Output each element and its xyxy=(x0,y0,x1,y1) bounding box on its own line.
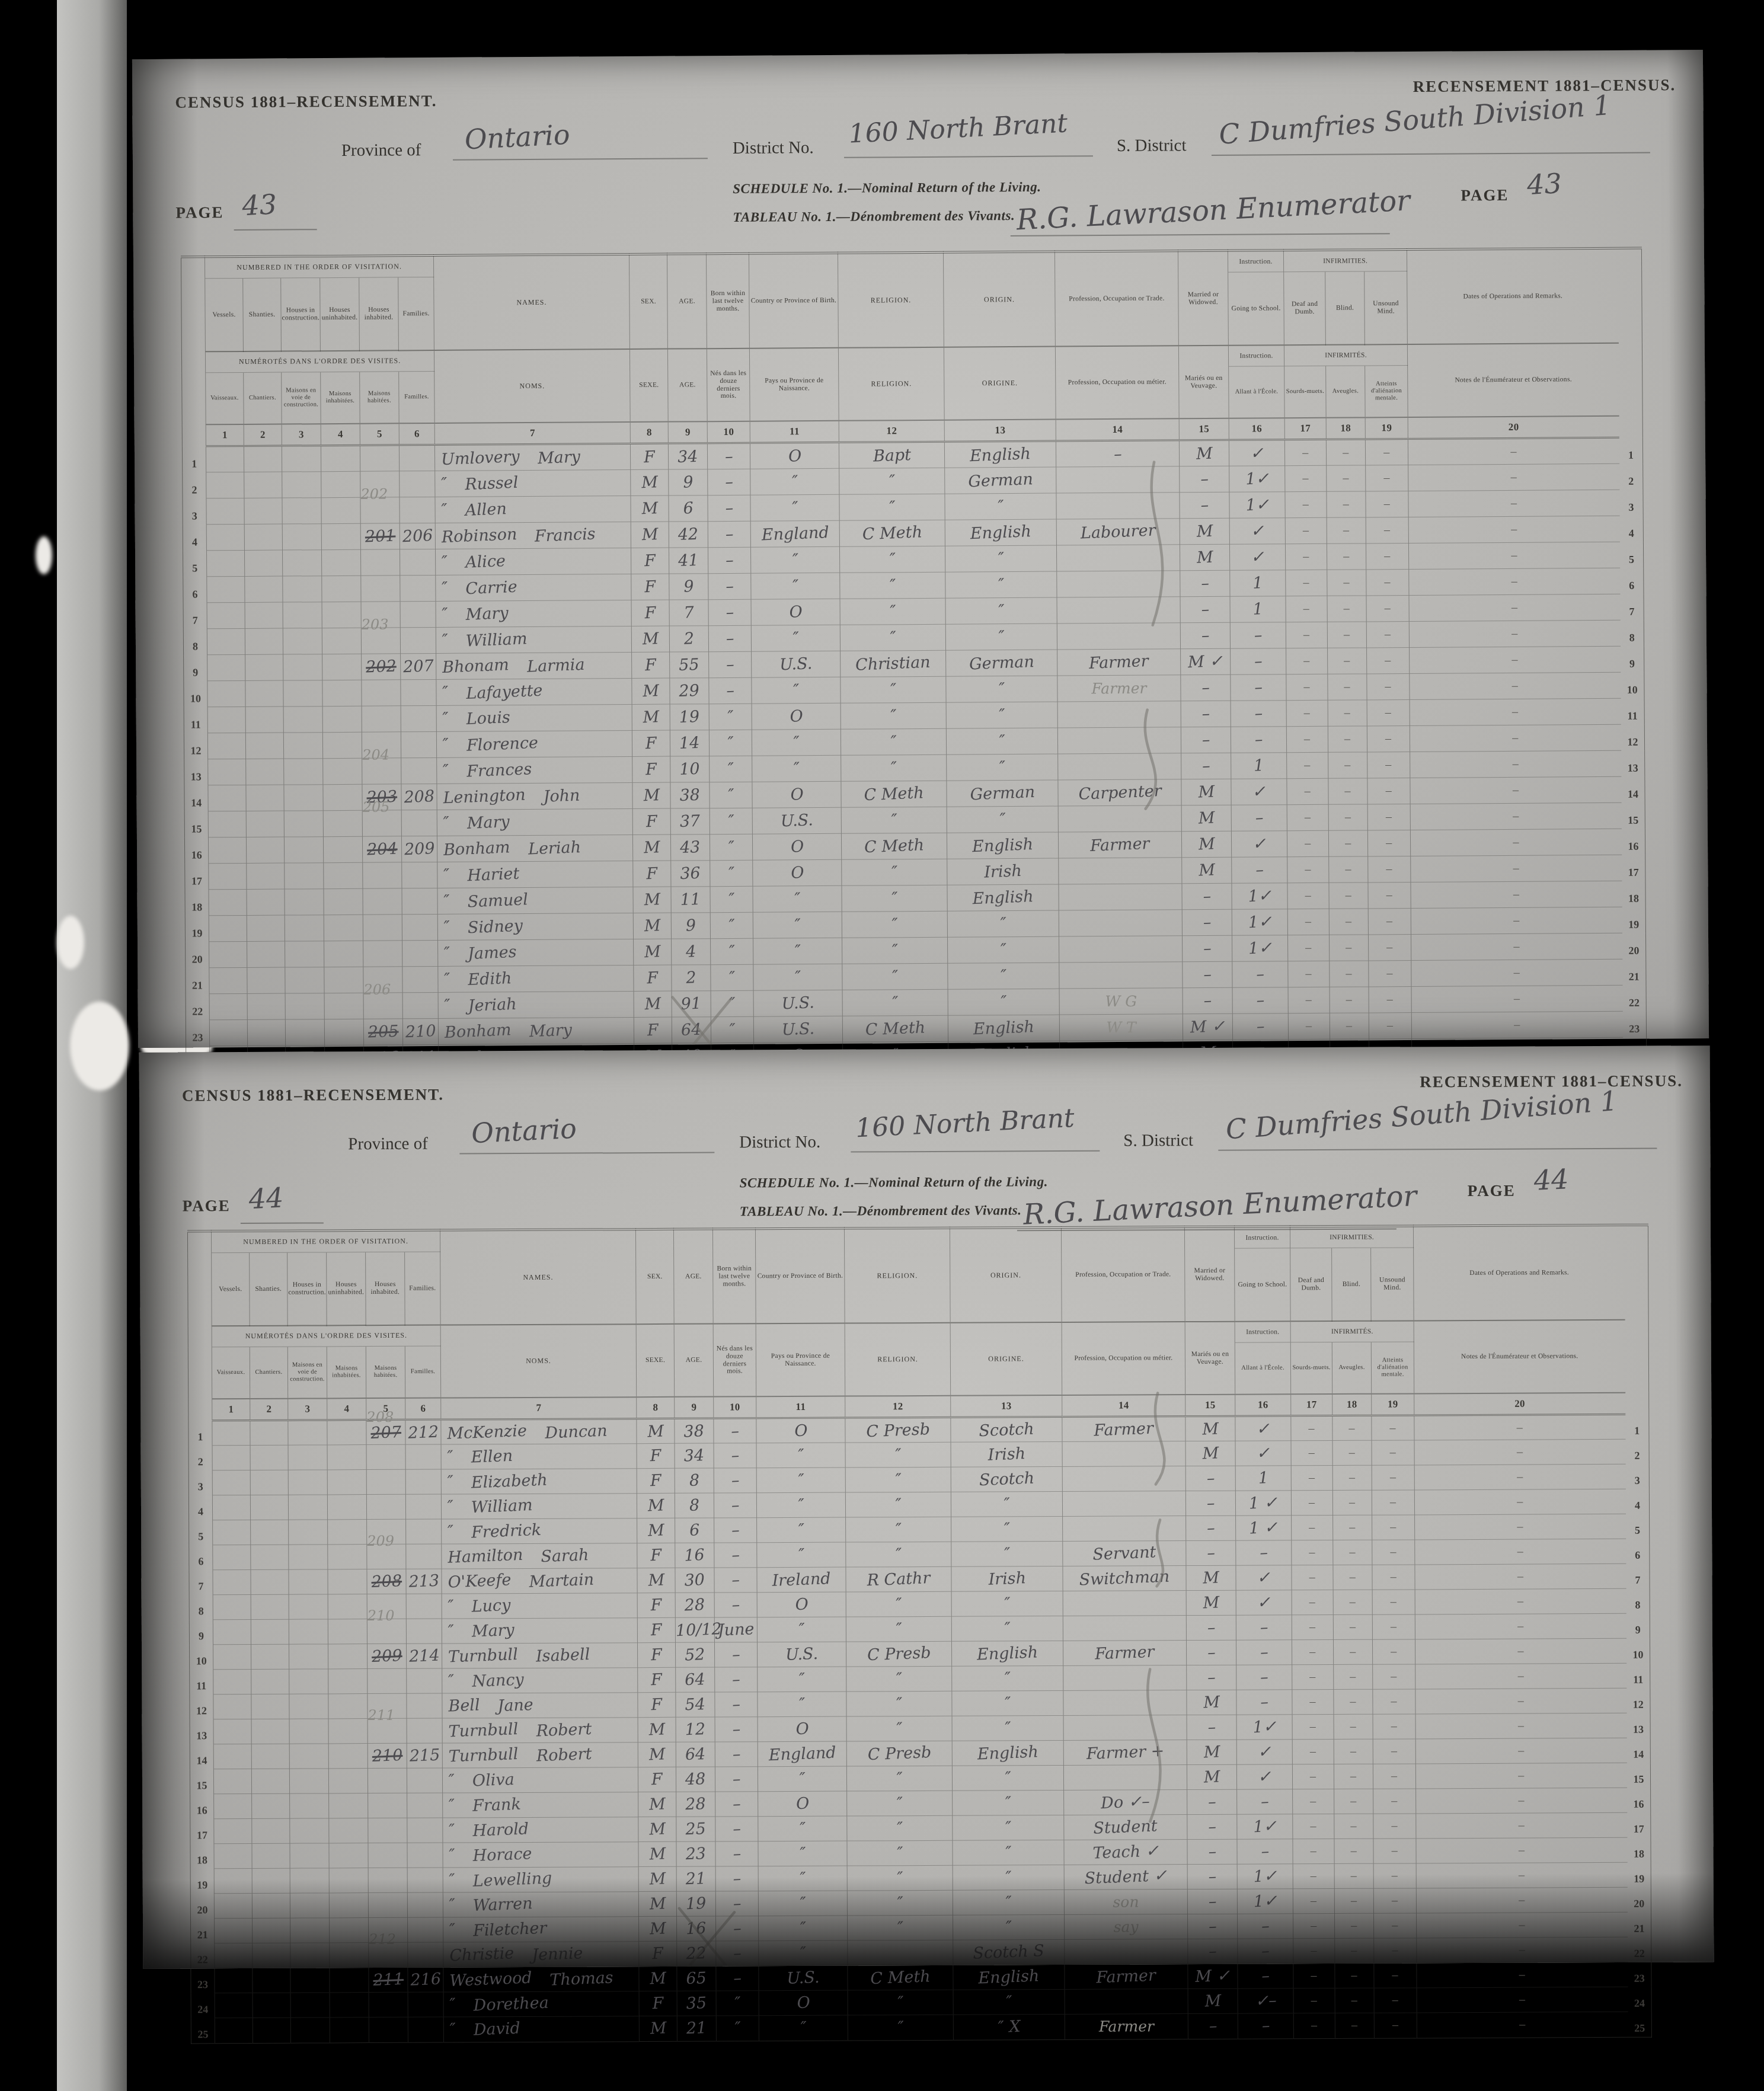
cell-unsound: – xyxy=(1367,725,1410,752)
line-number-left: 16 xyxy=(190,1794,214,1819)
cell-vessels xyxy=(208,837,246,863)
cell-school: – xyxy=(1232,1013,1288,1040)
cell-birthplace: ″ xyxy=(751,625,840,651)
cell-name: ″Sidney xyxy=(437,913,633,940)
cell-age: 9 xyxy=(669,574,708,600)
cell-age: 65 xyxy=(677,1966,716,1991)
group-instruction-en: Instruction. xyxy=(1228,250,1284,272)
sub-header-fr-1: Vaisseaux. xyxy=(206,372,244,424)
cell-deaf: – xyxy=(1285,491,1327,517)
cell-house-number: 209 xyxy=(367,1644,406,1668)
cell-unsound: – xyxy=(1367,830,1410,856)
cell-deaf: – xyxy=(1286,700,1328,726)
cell-occupation xyxy=(1062,1491,1185,1517)
cell-unsound: – xyxy=(1367,673,1410,699)
cell-name: ″Oliva xyxy=(442,1767,638,1793)
cell-married: – xyxy=(1187,1715,1236,1740)
cell-shanties xyxy=(250,1470,288,1495)
cell-religion: ″ xyxy=(845,1492,951,1517)
col-header-profession-en: Profession, Occupation or Trade. xyxy=(1055,251,1179,346)
cell-married: M xyxy=(1185,1416,1235,1441)
cell-birthplace: O xyxy=(752,703,841,730)
cell-shanties xyxy=(251,1769,289,1793)
col-header-age-fr: AGE. xyxy=(668,348,708,421)
col-header-age-en: AGE. xyxy=(667,254,707,348)
cell-deaf: – xyxy=(1288,987,1330,1013)
cell-born-within-year: – xyxy=(715,1817,758,1841)
cell-houses-uninhabited xyxy=(321,549,360,575)
cell-unsound: – xyxy=(1367,804,1410,830)
cell-family-number xyxy=(406,1544,442,1569)
cell-houses-constructing xyxy=(290,1843,329,1868)
col-header-unsound-en: Unsound Mind. xyxy=(1364,271,1408,344)
scan-shadow xyxy=(143,1873,1714,1969)
col-header-deaf-fr: Sourds-muets. xyxy=(1284,366,1327,418)
column-number-12: 12 xyxy=(845,1396,951,1418)
cell-occupation: Farmer xyxy=(1065,1964,1188,1990)
cell-remarks: – xyxy=(1411,855,1622,882)
schedule-title-en: SCHEDULE No. 1.—Nominal Return of the Li… xyxy=(740,1174,1048,1191)
cell-sex: M xyxy=(638,1817,676,1841)
cell-married: – xyxy=(1180,466,1229,493)
cell-remarks: – xyxy=(1410,672,1621,699)
col-header-origin-en: ORIGIN. xyxy=(950,1227,1062,1323)
cell-sex: F xyxy=(632,730,670,756)
cell-married: – xyxy=(1181,674,1231,701)
cell-sex: F xyxy=(637,1543,675,1568)
line-number-right: 9 xyxy=(1621,646,1644,672)
line-number-right: 8 xyxy=(1626,1588,1650,1613)
cell-origin: ″ xyxy=(946,702,1057,728)
cell-blind: – xyxy=(1333,1515,1372,1540)
film-splice-blob xyxy=(36,536,52,574)
cell-married: – xyxy=(1187,1640,1236,1665)
cell-house-number: 208207 xyxy=(366,1419,405,1444)
cell-school: – xyxy=(1238,2013,1293,2039)
cell-family-number xyxy=(400,471,435,497)
cell-origin: ″ xyxy=(945,545,1057,572)
column-number-18: 18 xyxy=(1326,417,1365,439)
cell-unsound: – xyxy=(1366,543,1409,569)
cell-houses-uninhabited xyxy=(328,1545,367,1569)
cell-house-number xyxy=(367,1768,407,1793)
cell-school: 1✓ xyxy=(1236,1715,1292,1740)
cell-occupation xyxy=(1063,1665,1187,1691)
enumerator-signature: R.G. Lawrason Enumerator xyxy=(1022,1179,1418,1232)
cell-school: – xyxy=(1232,961,1288,988)
column-number-14: 14 xyxy=(1062,1395,1185,1417)
cell-blind: – xyxy=(1330,1013,1369,1039)
cell-remarks: – xyxy=(1414,1489,1625,1515)
cell-born-within-year: ″ xyxy=(709,730,752,756)
cell-family-number xyxy=(406,1619,442,1644)
cell-origin: English xyxy=(947,884,1059,911)
cell-name: ″Fredrick xyxy=(442,1518,637,1544)
cell-occupation xyxy=(1059,910,1182,936)
cell-married: – xyxy=(1186,1540,1236,1565)
cell-age: 2 xyxy=(672,965,711,991)
cell-occupation: Farmer xyxy=(1063,1641,1187,1666)
cell-origin: ″ xyxy=(947,806,1058,833)
cell-birthplace: ″ xyxy=(751,546,840,573)
line-number-left: 14 xyxy=(190,1744,213,1769)
cell-shanties xyxy=(244,446,282,472)
cell-religion: C Meth xyxy=(841,781,947,807)
census-page-43: CENSUS 1881–RECENSEMENT. RECENSEMENT 188… xyxy=(132,50,1709,1048)
cell-school: 1 xyxy=(1231,753,1287,779)
cell-shanties xyxy=(244,524,282,550)
group-instruction-fr: Instruction. xyxy=(1235,1321,1290,1342)
cell-houses-constructing xyxy=(284,785,323,811)
sub-header-fr-6: Familles. xyxy=(405,1346,440,1398)
cell-shanties xyxy=(245,733,283,759)
cell-houses-uninhabited xyxy=(322,602,361,628)
cell-blind: – xyxy=(1333,1540,1372,1565)
cell-blind: – xyxy=(1328,752,1367,778)
cell-blind: – xyxy=(1327,570,1366,596)
rule xyxy=(453,158,708,161)
line-number-right: 22 xyxy=(1622,985,1646,1011)
cell-houses-uninhabited xyxy=(328,1569,367,1594)
cell-occupation: Switchman xyxy=(1063,1566,1186,1591)
cell-family-number: 213 xyxy=(406,1569,442,1594)
cell-houses-constructing xyxy=(289,1594,328,1619)
cell-born-within-year: – xyxy=(715,1767,758,1792)
cell-name: ″Jeriah xyxy=(438,991,634,1018)
cell-blind: – xyxy=(1334,1714,1373,1739)
cell-name: ″Frances xyxy=(437,756,632,784)
cell-school: – xyxy=(1236,1615,1292,1640)
cell-vessels xyxy=(209,863,247,889)
cell-age: 28 xyxy=(675,1593,714,1617)
cell-blind: – xyxy=(1328,804,1367,830)
cell-unsound: – xyxy=(1373,1739,1415,1764)
cell-shanties xyxy=(250,1420,288,1445)
cell-school: 1✓ xyxy=(1232,935,1288,962)
sub-header-en-4: Houses uninhabited. xyxy=(327,1252,366,1326)
cell-age: 12 xyxy=(676,1717,715,1742)
cell-unsound: – xyxy=(1372,1440,1414,1465)
cell-married: – xyxy=(1181,701,1231,727)
cell-married: M xyxy=(1181,805,1231,832)
cell-occupation xyxy=(1056,493,1180,519)
cell-houses-uninhabited xyxy=(322,680,362,706)
cell-family-number xyxy=(401,757,437,784)
line-number-left: 8 xyxy=(189,1595,213,1620)
cell-married: M xyxy=(1187,1740,1236,1764)
cell-occupation: – xyxy=(1056,440,1179,467)
cell-unsound: – xyxy=(1373,1714,1415,1739)
cell-house-number: 204 xyxy=(362,836,401,862)
cell-deaf: – xyxy=(1292,1764,1334,1789)
cell-house-number xyxy=(366,1444,405,1469)
cell-remarks: – xyxy=(1417,1962,1628,1988)
cell-vessels xyxy=(208,785,246,811)
cell-shanties xyxy=(251,1719,289,1744)
cell-married: – xyxy=(1180,570,1230,597)
cell-married: M xyxy=(1180,544,1230,571)
cell-birthplace: O xyxy=(753,833,842,860)
cell-houses-uninhabited xyxy=(322,575,361,602)
cell-deaf: – xyxy=(1291,1491,1332,1516)
cell-house-number: 205 xyxy=(362,810,401,836)
cell-unsound: – xyxy=(1374,1988,1417,2013)
cell-deaf: – xyxy=(1287,856,1329,883)
rule xyxy=(1212,152,1650,156)
cell-origin: ″ xyxy=(953,1989,1065,2015)
cell-houses-constructing xyxy=(289,1619,328,1644)
cell-name: ″Florence xyxy=(436,730,632,757)
cell-sex: M xyxy=(632,678,670,704)
column-number-11: 11 xyxy=(750,421,839,443)
cell-age: 21 xyxy=(677,2016,716,2041)
cell-religion: ″ xyxy=(848,2015,953,2040)
cell-school: – xyxy=(1236,1690,1292,1715)
cell-religion: ″ xyxy=(845,1442,951,1467)
col-header-blind-fr: Aveugles. xyxy=(1326,366,1366,418)
cell-age: 34 xyxy=(668,443,707,469)
rule xyxy=(241,1222,324,1224)
cell-house-number xyxy=(362,706,401,732)
cell-houses-uninhabited xyxy=(328,1694,367,1719)
cell-deaf: – xyxy=(1293,1839,1334,1864)
cell-houses-uninhabited xyxy=(322,654,362,680)
cell-vessels xyxy=(208,811,246,837)
cell-blind: – xyxy=(1333,1565,1372,1590)
cell-shanties xyxy=(247,889,285,915)
line-number-right: 11 xyxy=(1621,698,1644,724)
cell-occupation: Teach ✓ xyxy=(1064,1840,1187,1865)
cell-age: 64 xyxy=(672,1017,711,1043)
cell-married: M xyxy=(1185,1441,1235,1466)
cell-sex: F xyxy=(637,1617,675,1642)
cell-deaf: – xyxy=(1286,674,1328,700)
cell-birthplace: Ireland xyxy=(757,1567,846,1593)
cell-religion: Christian xyxy=(841,650,946,677)
cell-houses-uninhabited xyxy=(323,784,362,810)
cell-origin: ″ xyxy=(953,1815,1064,1840)
cell-unsound: – xyxy=(1365,439,1408,465)
cell-houses-constructing xyxy=(282,524,321,550)
cell-houses-constructing xyxy=(285,889,324,915)
cell-origin: ″ xyxy=(948,936,1059,963)
cell-name: ″Louis xyxy=(436,704,632,731)
page-header: CENSUS 1881–RECENSEMENT. RECENSEMENT 188… xyxy=(132,50,1703,59)
line-number-left: 13 xyxy=(184,759,208,785)
col-header-married-fr: Mariés ou en Veuvage. xyxy=(1178,346,1229,419)
cell-birthplace: ″ xyxy=(758,1667,846,1692)
cell-house-number xyxy=(367,1668,407,1693)
cell-sex: M xyxy=(631,495,669,522)
cell-houses-uninhabited xyxy=(330,1968,369,1993)
cell-name: BellJane xyxy=(442,1693,638,1718)
cell-school: 1 xyxy=(1235,1466,1291,1491)
cell-shanties xyxy=(244,498,282,524)
line-number-right: 18 xyxy=(1622,881,1645,907)
cell-houses-constructing xyxy=(283,576,322,602)
cell-unsound: – xyxy=(1372,1590,1415,1614)
cell-sex: F xyxy=(637,1593,675,1617)
cell-school: – xyxy=(1231,727,1286,753)
cell-religion: ″ xyxy=(845,1467,951,1492)
line-number-left: 4 xyxy=(183,525,206,551)
line-number-right: 6 xyxy=(1620,568,1644,594)
col-header-names-fr: NOMS. xyxy=(434,349,631,423)
sub-header-en-4: Houses uninhabited. xyxy=(320,277,360,351)
district-label: District No. xyxy=(739,1133,820,1153)
cell-house-number: 211 xyxy=(367,1718,407,1743)
cell-occupation xyxy=(1059,962,1183,989)
cell-age: 55 xyxy=(670,652,709,678)
cell-age: 9 xyxy=(671,913,710,939)
line-number-right: 24 xyxy=(1628,1987,1651,2012)
cell-name: BhonamLarmia xyxy=(436,652,632,679)
line-number-right: 7 xyxy=(1626,1564,1650,1588)
cell-age: 16 xyxy=(675,1543,714,1568)
cell-blind: – xyxy=(1334,1814,1373,1839)
cell-sex: F xyxy=(639,1991,677,2016)
cell-religion: ″ xyxy=(841,702,946,729)
cell-houses-uninhabited xyxy=(330,2018,369,2043)
cell-religion: ″ xyxy=(846,1666,952,1692)
column-number-8: 8 xyxy=(637,1397,675,1419)
cell-deaf: – xyxy=(1286,570,1327,596)
cell-religion: ″ xyxy=(846,1542,951,1567)
sub-header-fr-2: Chantiers. xyxy=(244,372,282,424)
cell-house-number xyxy=(361,575,400,602)
cell-school: ✓ xyxy=(1231,779,1287,805)
line-number-left: 18 xyxy=(190,1844,214,1869)
cell-blind: – xyxy=(1334,1789,1373,1814)
line-number-right: 2 xyxy=(1619,463,1643,490)
cell-occupation xyxy=(1063,1715,1187,1741)
column-number-16: 16 xyxy=(1235,1394,1291,1416)
cell-blind: – xyxy=(1327,491,1366,517)
sub-header-en-1: Vessels. xyxy=(205,278,244,351)
cell-born-within-year: ″ xyxy=(710,912,753,938)
cell-origin: ″ xyxy=(945,597,1057,624)
cell-vessels xyxy=(213,1569,251,1594)
province-label: Province of xyxy=(348,1134,428,1155)
cell-unsound: – xyxy=(1366,595,1409,621)
cell-birthplace: O xyxy=(758,1791,847,1817)
cell-vessels xyxy=(207,733,245,759)
cell-unsound: – xyxy=(1372,1515,1415,1540)
cell-religion: ″ xyxy=(841,676,946,703)
cell-houses-constructing xyxy=(290,2018,330,2043)
cell-deaf: – xyxy=(1288,1013,1330,1039)
page-number-right: 44 xyxy=(1533,1163,1569,1197)
cell-remarks: – xyxy=(1411,907,1622,934)
cell-vessels xyxy=(213,1644,251,1669)
sub-header-en-3: Houses in construction. xyxy=(287,1252,327,1326)
cell-vessels xyxy=(213,1769,251,1793)
cell-shanties xyxy=(246,837,284,863)
cell-unsound: – xyxy=(1372,1540,1415,1565)
cell-birthplace: England xyxy=(750,520,839,547)
line-number-right: 15 xyxy=(1627,1763,1651,1788)
line-number-left: 10 xyxy=(184,681,207,707)
cell-name: ″Alice xyxy=(436,548,631,575)
cell-occupation xyxy=(1059,858,1182,884)
cell-unsound: – xyxy=(1367,699,1410,725)
cell-vessels xyxy=(213,1520,251,1545)
cell-occupation xyxy=(1063,1591,1186,1616)
cell-age: 23 xyxy=(676,1841,715,1866)
cell-origin: ″ xyxy=(948,989,1059,1015)
cell-age: 48 xyxy=(676,1767,715,1792)
cell-deaf: – xyxy=(1287,909,1329,935)
cell-born-within-year: – xyxy=(714,1543,757,1568)
cell-houses-constructing xyxy=(289,1545,328,1569)
cell-origin: ″ xyxy=(953,1790,1064,1815)
cell-houses-constructing xyxy=(282,550,321,576)
cell-school: – xyxy=(1231,805,1287,832)
cell-origin: Scotch xyxy=(951,1417,1062,1442)
line-number-right: 20 xyxy=(1622,933,1646,959)
microfilm-scan: { "table_header": { "group_visitation_en… xyxy=(0,0,1764,2091)
cell-age: 64 xyxy=(676,1667,715,1692)
cell-born-within-year: ″ xyxy=(711,964,753,990)
cell-unsound: – xyxy=(1372,1565,1415,1590)
census-page-44: CENSUS 1881–RECENSEMENT. RECENSEMENT 188… xyxy=(139,1045,1714,1969)
group-infirmities-en: INFIRMITIES. xyxy=(1290,1226,1414,1248)
cell-origin: Irish xyxy=(947,858,1059,885)
cell-vessels xyxy=(207,602,245,628)
cell-school: ✓ xyxy=(1236,1764,1292,1789)
cell-birthplace: ″ xyxy=(758,1816,847,1841)
cell-birthplace: U.S. xyxy=(753,990,842,1016)
cell-deaf: – xyxy=(1287,804,1328,830)
cell-house-number xyxy=(363,915,402,941)
line-number-right: 17 xyxy=(1627,1812,1651,1837)
cell-sex: F xyxy=(637,1443,675,1468)
cell-deaf: – xyxy=(1293,1988,1335,2013)
cell-born-within-year: – xyxy=(714,1568,757,1593)
cell-deaf: – xyxy=(1292,1540,1333,1565)
cell-vessels xyxy=(213,1669,251,1694)
cell-unsound: – xyxy=(1366,569,1409,595)
cell-occupation: Do ✓– xyxy=(1064,1790,1187,1815)
cell-vessels xyxy=(215,1968,253,1993)
column-number-20: 20 xyxy=(1408,416,1619,439)
cell-unsound: – xyxy=(1372,1614,1415,1639)
line-number-right: 13 xyxy=(1621,750,1645,776)
subdistrict-value: C Dumfries South Division 1 xyxy=(1217,89,1612,151)
census-title-left: CENSUS 1881–RECENSEMENT. xyxy=(175,92,437,112)
cell-remarks: – xyxy=(1408,463,1619,491)
cell-house-number xyxy=(366,1494,405,1519)
cell-houses-uninhabited xyxy=(328,1769,367,1793)
cell-unsound: – xyxy=(1374,1963,1417,1988)
cell-birthplace: O xyxy=(759,1990,848,2016)
cell-age: 6 xyxy=(675,1518,714,1543)
cell-sex: M xyxy=(639,1966,677,1991)
cell-age: 42 xyxy=(669,522,708,548)
line-number-left: 24 xyxy=(191,1993,215,2018)
cell-occupation xyxy=(1063,1616,1186,1641)
cell-houses-constructing xyxy=(282,498,321,524)
sub-header-en-1: Vessels. xyxy=(212,1252,250,1326)
cell-blind: – xyxy=(1328,700,1367,726)
line-number-right: 16 xyxy=(1627,1788,1651,1812)
cell-family-number xyxy=(408,2017,443,2042)
cell-remarks: – xyxy=(1414,1414,1625,1440)
cell-religion: ″ xyxy=(841,728,946,755)
cell-shanties xyxy=(251,1744,289,1769)
cell-religion: ″ xyxy=(847,1840,953,1866)
cell-origin: ″ xyxy=(953,1840,1064,1865)
